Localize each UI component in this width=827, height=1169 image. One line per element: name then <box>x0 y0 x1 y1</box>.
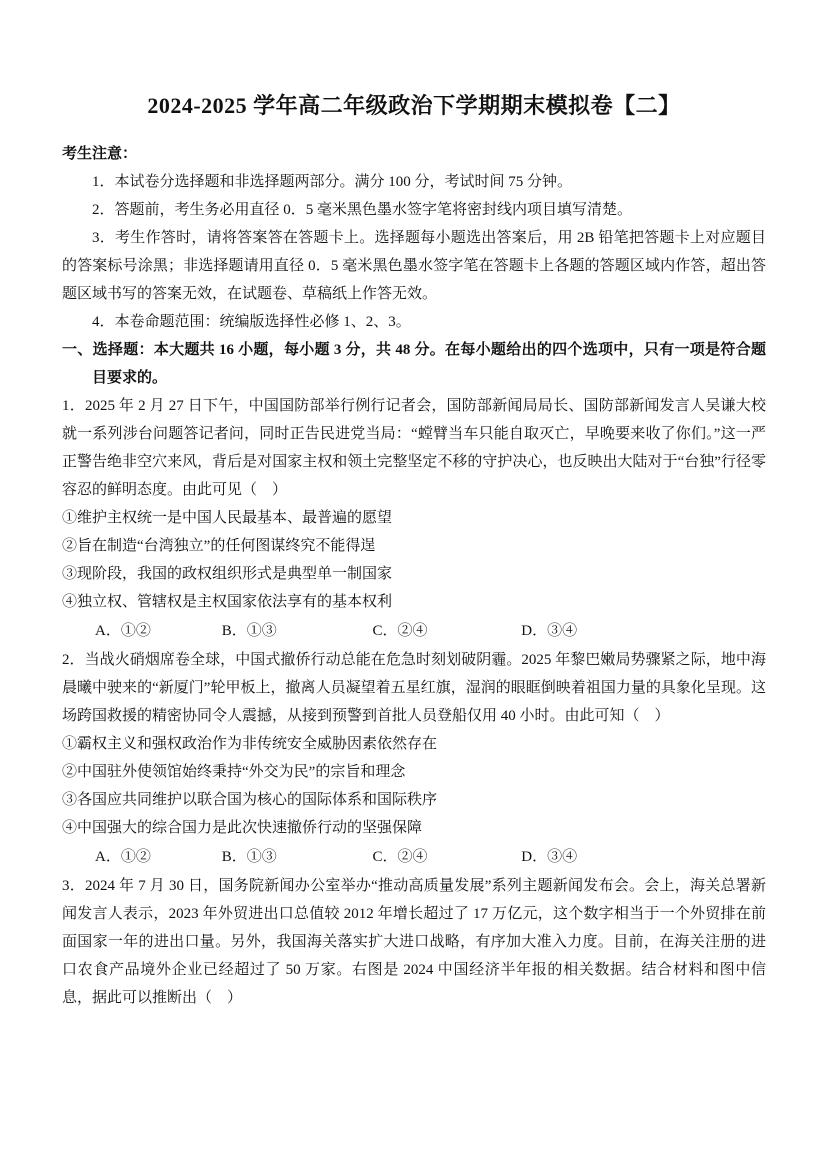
section-heading: 一、选择题：本大题共 16 小题，每小题 3 分，共 48 分。在每小题给出的四… <box>62 336 766 392</box>
notice-item: 2．答题前，考生务必用直径 0．5 毫米黑色墨水签字笔将密封线内项目填写清楚。 <box>62 196 766 224</box>
question-statement: ①维护主权统一是中国人民最基本、最普遍的愿望 <box>62 504 766 532</box>
page-title: 2024-2025 学年高二年级政治下学期期末模拟卷【二】 <box>62 92 766 120</box>
notice-item: 3．考生作答时，请将答案答在答题卡上。选择题每小题选出答案后，用 2B 铅笔把答… <box>62 224 766 308</box>
options-row: A．①② B．①③ C．②④ D．③④ <box>62 842 766 872</box>
option-b: B．①③ <box>222 616 369 646</box>
question-block-3: 3．2024 年 7 月 30 日，国务院新闻办公室举办“推动高质量发展”系列主… <box>62 872 766 1012</box>
question-block-2: 2．当战火硝烟席卷全球，中国式撤侨行动总能在危急时刻划破阴霾。2025 年黎巴嫩… <box>62 646 766 872</box>
exam-paper-page: 2024-2025 学年高二年级政治下学期期末模拟卷【二】 考生注意： 1．本试… <box>0 0 827 1169</box>
option-d: D．③④ <box>521 842 577 872</box>
question-statement: ①霸权主义和强权政治作为非传统安全威胁因素依然存在 <box>62 730 766 758</box>
page-content: 2024-2025 学年高二年级政治下学期期末模拟卷【二】 考生注意： 1．本试… <box>62 0 766 1012</box>
option-b: B．①③ <box>222 842 369 872</box>
question-statement: ③现阶段，我国的政权组织形式是典型单一制国家 <box>62 560 766 588</box>
option-c: C．②④ <box>373 616 518 646</box>
question-statement: ④独立权、管辖权是主权国家依法享有的基本权利 <box>62 588 766 616</box>
question-stem: 1．2025 年 2 月 27 日下午，中国国防部举行例行记者会，国防部新闻局局… <box>62 392 766 504</box>
option-a: A．①② <box>95 842 218 872</box>
notice-item: 1．本试卷分选择题和非选择题两部分。满分 100 分，考试时间 75 分钟。 <box>62 168 766 196</box>
question-statement: ②旨在制造“台湾独立”的任何图谋终究不能得逞 <box>62 532 766 560</box>
option-a: A．①② <box>95 616 218 646</box>
notice-heading: 考生注意： <box>62 140 766 168</box>
question-statement: ③各国应共同维护以联合国为核心的国际体系和国际秩序 <box>62 786 766 814</box>
notice-item: 4．本卷命题范围：统编版选择性必修 1、2、3。 <box>62 308 766 336</box>
question-block-1: 1．2025 年 2 月 27 日下午，中国国防部举行例行记者会，国防部新闻局局… <box>62 392 766 646</box>
question-stem: 2．当战火硝烟席卷全球，中国式撤侨行动总能在危急时刻划破阴霾。2025 年黎巴嫩… <box>62 646 766 730</box>
option-c: C．②④ <box>373 842 518 872</box>
question-statement: ②中国驻外使领馆始终秉持“外交为民”的宗旨和理念 <box>62 758 766 786</box>
notice-section: 考生注意： 1．本试卷分选择题和非选择题两部分。满分 100 分，考试时间 75… <box>62 140 766 336</box>
option-d: D．③④ <box>521 616 577 646</box>
question-statement: ④中国强大的综合国力是此次快速撤侨行动的坚强保障 <box>62 814 766 842</box>
options-row: A．①② B．①③ C．②④ D．③④ <box>62 616 766 646</box>
question-stem: 3．2024 年 7 月 30 日，国务院新闻办公室举办“推动高质量发展”系列主… <box>62 872 766 1012</box>
